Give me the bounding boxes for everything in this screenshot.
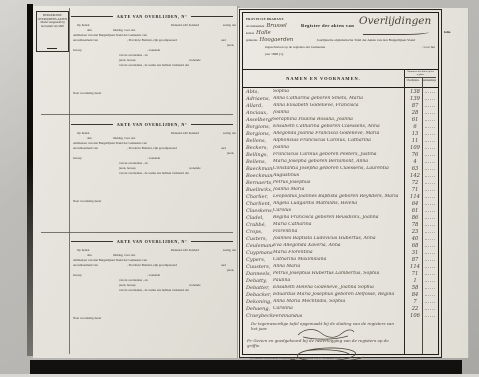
row-surname: Cladel,	[243, 215, 273, 221]
row-surname: Debatty,	[243, 278, 273, 284]
akte-form-header: AKTE VAN OVERLIJDEN, N°	[71, 239, 233, 244]
form-line-provincie: , Provincie Brabant, zijn gecompareerd	[127, 147, 177, 151]
row-act-number: 71	[406, 187, 424, 193]
row-given-names: Ferdinandus	[273, 314, 406, 319]
akte-van-overlijden-form-1: AKTE VAN OVERLIJDEN, N° Op heden Duizend…	[71, 10, 237, 114]
row-surname: Abts,	[243, 89, 273, 95]
form-separator-2	[41, 232, 233, 233]
table-row: Beckers, Joanna 109	[243, 144, 436, 151]
row-surname: Debacker,	[243, 292, 273, 298]
arrondissement-line: arrondissementBrussel	[246, 23, 293, 30]
margin-annotation-box: BURGERLIJKEOVERLIJDENS-AKTENModel vastge…	[36, 11, 69, 52]
row-surname: Craeybeckx,	[243, 313, 273, 319]
province-label: PROVINCIE BRABANT.	[246, 16, 293, 23]
row-given-names: Constantia Josepha geboren Claessens, La…	[273, 166, 406, 171]
table-row: Asselberghs, Seraphina Paulina Rosalia, …	[243, 116, 436, 123]
row-act-number: 114	[406, 194, 424, 200]
row-surname: Adriaens,	[243, 96, 273, 102]
row-given-names: Regina Francisca geboren Reusdickx, Joan…	[273, 215, 406, 220]
row-act-number: 23	[406, 229, 424, 235]
form-footer-voorlezing: Naar voorlezing dezer	[73, 92, 101, 96]
row-surname: Cypers,	[243, 257, 273, 263]
row-surname: Bellings,	[243, 152, 273, 158]
margin-box-line: het besluit van 1820	[37, 25, 68, 29]
row-surname: Bellens,	[243, 138, 273, 144]
table-row: Cladel, Regina Francisca geboren Reusdic…	[243, 214, 436, 221]
subtitle-line-2a: ingeschreven op de registers der Gemeent…	[265, 45, 325, 49]
row-given-names: Paulina	[273, 278, 406, 283]
row-act-number: 87	[406, 257, 424, 263]
row-surname: Cuypmans,	[243, 250, 273, 256]
table-row: Cuusters, Anna Maria 114	[243, 263, 436, 270]
table-row: Anciaux, Joanna 28	[243, 109, 436, 116]
form-line-jaren: jaren,	[227, 152, 234, 156]
row-act-number: 114	[406, 264, 424, 270]
form-line-overledene-2: van de overledene , de welke ons hebben …	[119, 64, 189, 68]
row-surname: Bellens,	[243, 159, 273, 165]
column-header-overlijdens: Overlijdens.	[404, 79, 422, 87]
column-header-numbers-group: Nummers der akten op het register	[405, 70, 436, 77]
row-act-number: 109	[406, 145, 424, 151]
margin-box-rule	[47, 48, 57, 49]
form-line-wonende: , wonende	[147, 274, 160, 278]
row-given-names: Alphonsius Franciscus Carolus, Catharina	[273, 138, 406, 143]
row-given-names: Florentina	[273, 229, 406, 234]
form-line-beroep: beroep	[73, 157, 82, 161]
row-surname: Crabbé,	[243, 222, 273, 228]
form-line-oud: oud	[221, 39, 226, 43]
row-given-names: Seraphina Paulina Rosalia, Joanna	[273, 117, 406, 122]
row-surname: Anciaux,	[243, 110, 273, 116]
row-given-names: Anna Elisabeth Godelieve, Francisca	[273, 103, 406, 108]
column-header-names: NAMEN EN VOORNAMEN.	[243, 71, 404, 86]
form-line-oud: oud	[221, 147, 226, 151]
kanton-label: kanton	[246, 31, 254, 35]
row-given-names: Catharina Maximiliana	[273, 257, 406, 262]
kanton-value: Halle	[256, 30, 271, 36]
akte-van-overlijden-form-2: AKTE VAN OVERLIJDEN, N° Op heden Duizend…	[71, 118, 237, 222]
form-footer-voorlezing: Naar voorlezing dezer	[73, 317, 101, 321]
kanton-line: kantonHalle	[246, 30, 293, 37]
row-given-names: Sophia	[273, 89, 406, 94]
row-given-names: Angela Ludgardis Mathildis, Helena	[273, 201, 406, 206]
form-line-arrondissement: arrondissement van	[73, 147, 98, 151]
row-surname: Crops,	[243, 229, 273, 235]
row-act-number: 76	[406, 152, 424, 158]
row-given-names: Maria Josepha geboren Berlamont, Anna	[273, 159, 406, 164]
row-act-number: 71	[406, 271, 424, 277]
table-row: Debacker, Eduardus Maria Josephus gebore…	[243, 291, 436, 298]
row-surname: Borgions,	[243, 131, 273, 137]
table-row: Custers, Joannes Baptista Ludovicus Hube…	[243, 235, 436, 242]
row-act-number: 86	[406, 215, 424, 221]
row-surname: Buelinckx,	[243, 187, 273, 193]
subtitle-line-1: Jaarlijksche alphabetische Tafel der Akt…	[295, 38, 437, 42]
row-act-number: 78	[406, 222, 424, 228]
form-separator-1	[41, 114, 233, 115]
row-given-names: Petrus Josephus	[273, 180, 406, 185]
row-given-names: Leopoldus Joannes Baptista geboren Reynd…	[273, 194, 406, 199]
subtitle-line-2: ingeschreven op de registers der Gemeent…	[265, 45, 435, 49]
row-surname: Dekoning,	[243, 299, 273, 305]
scan-bottom-edge	[30, 360, 462, 374]
table-row: Bellens, Alphonsius Franciscus Carolus, …	[243, 137, 436, 144]
row-act-number: 1	[406, 278, 424, 284]
row-given-names: Eduardus Maria Josephus geboren Delfosse…	[273, 292, 406, 297]
table-row: Dehaeng, Carolina 22	[243, 305, 436, 312]
register-rows: Abts, Sophia 138 Adriaens, Anna Catharin…	[243, 88, 436, 320]
row-given-names: Anna Maria	[273, 264, 406, 269]
table-row: Baeckmans, Constantia Josepha geboren Cl…	[243, 165, 436, 172]
column-header-aanmerkingen: Aanmerkingen.	[422, 79, 436, 87]
form-line-year-suffix: zestig, ten	[223, 24, 236, 28]
row-surname: Danneels,	[243, 271, 273, 277]
table-row: Abts, Sophia 138	[243, 88, 436, 95]
form-line-wonende-2: wonende	[189, 167, 201, 171]
table-row: Bellens, Maria Josepha geboren Berlamont…	[243, 158, 436, 165]
row-given-names: Joanna	[273, 110, 406, 115]
row-surname: Borgions,	[243, 124, 273, 130]
form-line-year-printed: Duizend acht honderd	[171, 132, 199, 136]
row-act-number: 31	[406, 250, 424, 256]
table-row: Claeskens, Carolus 61	[243, 207, 436, 214]
row-given-names: Carolina	[273, 306, 406, 311]
row-surname: Charlient,	[243, 201, 273, 207]
row-surname: Claeskens,	[243, 208, 273, 214]
akte-form-header: AKTE VAN OVERLIJDEN, N°	[71, 14, 233, 19]
form-line-arrondissement: arrondissement van	[73, 264, 98, 268]
table-row: Ceulemans, Eva Allegonda Xaveria, Anna 6…	[243, 242, 436, 249]
row-act-number: 6	[406, 124, 424, 130]
folio-label: folio	[444, 30, 450, 34]
row-act-number: 13	[406, 131, 424, 137]
form-line-wonende: , wonende	[147, 157, 160, 161]
row-surname: Dehaeng,	[243, 306, 273, 312]
table-row: Bernaerts, Petrus Josephus 72	[243, 179, 436, 186]
form-line-year-suffix: zestig, ten	[223, 132, 236, 136]
form-line-year-printed: Duizend acht honderd	[171, 249, 199, 253]
form-line-overledene-2: van de overledene , de welke ons hebben …	[119, 172, 189, 176]
row-act-number: 4	[406, 159, 424, 165]
row-surname: Charlier,	[243, 194, 273, 200]
form-line-wonende-2: wonende	[189, 59, 201, 63]
row-act-number: 22	[406, 306, 424, 312]
row-given-names: Anna Catharina geboren Smets, Maria	[273, 96, 406, 101]
form-line-wonende: , wonende	[147, 49, 160, 53]
row-act-number: 68	[406, 243, 424, 249]
row-given-names: Eva Allegonda Xaveria, Anna	[273, 243, 406, 248]
form-line-beroep: beroep	[73, 274, 82, 278]
row-given-names: Allegonda Joanna Francisca Godelieve, Ma…	[273, 131, 406, 136]
form-margin-rule	[69, 8, 70, 354]
row-act-number: 138	[406, 89, 424, 95]
form-line-overledene-2: van de overledene , de welke ons hebben …	[119, 289, 189, 293]
table-row: Cypers, Catharina Maximiliana 87	[243, 256, 436, 263]
row-surname: Debatter,	[243, 285, 273, 291]
form-line-oud: oud	[221, 264, 226, 268]
table-row: Cuypmans, Maria Florentina 31	[243, 249, 436, 256]
row-surname: Custers,	[243, 236, 273, 242]
row-given-names: Joanna	[273, 145, 406, 150]
table-row: Boeckmans, Augustinus 142	[243, 172, 436, 179]
table-row: Crabbé, Maria Catharina 78	[243, 221, 436, 228]
row-act-number: 64	[406, 201, 424, 207]
subtitle-blank-gap	[325, 45, 422, 49]
title-underline-flourish	[363, 30, 429, 35]
row-act-number: 142	[406, 173, 424, 179]
gemeente-label: gemeente	[246, 38, 258, 42]
row-surname: Asselberghs,	[243, 117, 273, 123]
form-line-provincie: , Provincie Brabant, zijn gecompareerd	[127, 264, 177, 268]
table-row: Buelinckx, Joanna Maria 71	[243, 186, 436, 193]
table-row: Allard, Anna Elisabeth Godelieve, Franci…	[243, 102, 436, 109]
row-surname: Allard,	[243, 103, 273, 109]
form-line-beroep: beroep	[73, 49, 82, 53]
row-surname: Cuusters,	[243, 264, 273, 270]
row-surname: Bernaerts,	[243, 180, 273, 186]
register-title-script: Overlijdingen	[359, 15, 431, 27]
row-given-names: Franciscus Carolus geboren Peeters, Just…	[273, 152, 406, 157]
form-line-year-printed: Duizend acht honderd	[171, 24, 199, 28]
table-row: Danneels, Petrus Josephus Hubertus Lambe…	[243, 270, 436, 277]
row-given-names: Anna Maria Mechtildis, Sophia	[273, 299, 406, 304]
form-line-jaren: jaren,	[227, 44, 234, 48]
table-row: Bellings, Franciscus Carolus geboren Pee…	[243, 151, 436, 158]
right-page-register-table: folio PROVINCIE BRABANT. arrondissementB…	[238, 8, 468, 358]
row-act-number: 72	[406, 180, 424, 186]
register-frame: PROVINCIE BRABANT. arrondissementBrussel…	[242, 12, 439, 355]
row-surname: Boeckmans,	[243, 173, 273, 179]
row-act-number: 87	[406, 103, 424, 109]
row-act-number: 58	[406, 285, 424, 291]
row-given-names: Elisabeth Helena Godelieve, Joanna Sophi…	[273, 285, 406, 290]
row-act-number: 11	[406, 138, 424, 144]
gemeente-line: gemeenteHoogaerden	[246, 37, 293, 44]
row-given-names: Maria Catharina	[273, 222, 406, 227]
row-surname: Beckers,	[243, 145, 273, 151]
row-act-number: 139	[406, 96, 424, 102]
akte-van-overlijden-form-3: AKTE VAN OVERLIJDEN, N° Op heden Duizend…	[71, 235, 237, 339]
row-act-number: 7	[406, 299, 424, 305]
table-row: Adriaens, Anna Catharina geboren Smets, …	[243, 95, 436, 102]
row-given-names: Joannes Baptista Ludovicus Hubertus, Ann…	[273, 236, 406, 241]
row-act-number: 84	[406, 292, 424, 298]
group-header-divider	[404, 77, 436, 78]
form-line-arrondissement: arrondissement van	[73, 39, 98, 43]
row-act-number: 28	[406, 110, 424, 116]
row-act-number: 106	[406, 313, 424, 319]
form-line-wonende-2: wonende	[189, 284, 201, 288]
subtitle-line-2b: , voor het	[422, 45, 435, 49]
row-surname: Baeckmans,	[243, 166, 273, 172]
form-line-provincie: , Provincie Brabant, zijn gecompareerd	[127, 39, 177, 43]
form-line-jaren: jaren,	[227, 269, 234, 273]
register-title-printed: Register der akten van	[301, 23, 354, 28]
arrondissement-value: Brussel	[266, 23, 286, 29]
table-row: Craeybeckx, Ferdinandus 106	[243, 313, 436, 320]
row-act-number: 40	[406, 236, 424, 242]
table-row: Crops, Florentina 23	[243, 228, 436, 235]
row-act-number: 63	[406, 166, 424, 172]
row-act-number: 61	[406, 117, 424, 123]
row-surname: Ceulemans,	[243, 243, 273, 249]
table-row: Borgions, Elisabeth Catharina geboren Cl…	[243, 123, 436, 130]
row-given-names: Carolus	[273, 208, 406, 213]
row-act-number: 61	[406, 208, 424, 214]
akte-form-header: AKTE VAN OVERLIJDEN, N°	[71, 122, 233, 127]
scanned-register-spread: BURGERLIJKEOVERLIJDENS-AKTENModel vastge…	[0, 0, 479, 377]
row-given-names: Elisabeth Catharina geboren Claessens, A…	[273, 124, 406, 129]
table-row: Charlient, Angela Ludgardis Mathildis, H…	[243, 200, 436, 207]
subtitle-year-line: jaar 1868 (1).	[265, 52, 284, 56]
row-given-names: Augustinus	[273, 173, 406, 178]
left-page-akte-forms: BURGERLIJKEOVERLIJDENS-AKTENModel vastge…	[33, 6, 237, 358]
row-given-names: Joanna Maria	[273, 187, 406, 192]
form-line-year-suffix: zestig, ten	[223, 249, 236, 253]
gemeente-value: Hoogaerden	[260, 37, 294, 43]
table-row: Dekoning, Anna Maria Mechtildis, Sophia …	[243, 298, 436, 305]
table-row: Debatter, Elisabeth Helena Godelieve, Jo…	[243, 284, 436, 291]
province-block: PROVINCIE BRABANT. arrondissementBrussel…	[246, 16, 293, 44]
form-footer-voorlezing: Naar voorlezing dezer	[73, 200, 101, 204]
row-given-names: Maria Florentina	[273, 250, 406, 255]
arrondissement-label: arrondissement	[246, 24, 264, 28]
row-given-names: Petrus Josephus Hubertus Lambertus, Soph…	[273, 271, 406, 276]
table-row: Charlier, Leopoldus Joannes Baptista geb…	[243, 193, 436, 200]
table-row: Debatty, Paulina 1	[243, 277, 436, 284]
table-row: Borgions, Allegonda Joanna Francisca God…	[243, 130, 436, 137]
